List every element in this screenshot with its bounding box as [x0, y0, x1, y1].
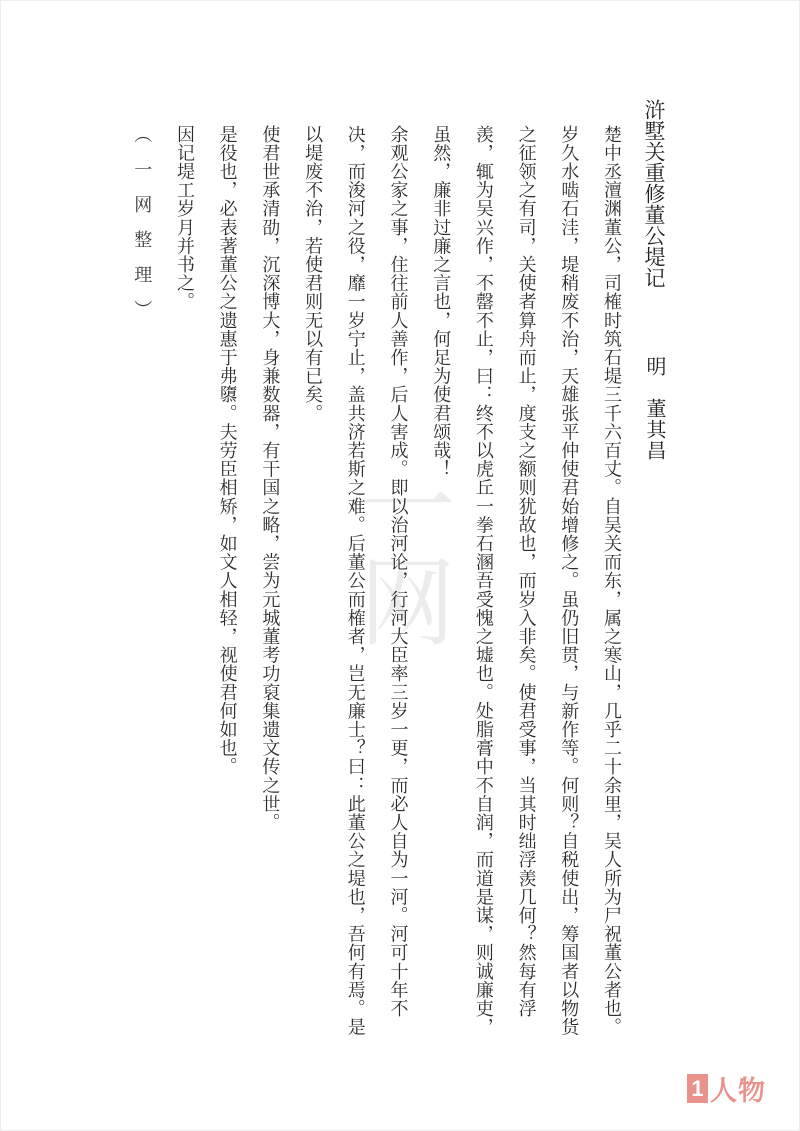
author-name: 董其昌 — [643, 398, 665, 461]
page-title: 浒墅关重修董公堤记 — [642, 99, 666, 288]
title-column: 浒墅关重修董公堤记 明 董其昌 — [639, 99, 669, 1079]
paragraph-5: 是役也，必表著董公之遗惠于弗隳。夫劳臣相矫，如文人相轻，视使君何如也。 — [206, 125, 249, 1053]
document-page: 一网 浒墅关重修董公堤记 明 董其昌 楚中丞澶渊董公，司榷时筑石堤三千六百丈。自… — [0, 0, 800, 1131]
essay-body: 楚中丞澶渊董公，司榷时筑石堤三千六百丈。自吴关而东，属之寒山，几乎二十余里，吴人… — [121, 125, 633, 1053]
paragraph-6: 因记堤工岁月并书之。 — [163, 125, 206, 1053]
paragraph-3: 余观公家之事，住往前人善作，后人害成。即以治河论，行河大臣率三岁一更，而必人自为… — [291, 125, 419, 1053]
logo-text: 人物 — [710, 1069, 766, 1108]
paragraph-4: 使君世承清劭，沉深博大，身兼数器，有干国之略，尝为元城董考功裒集遗文传之世。 — [249, 125, 292, 1053]
author-dynasty: 明 — [643, 356, 665, 376]
brand-logo: 1 人物 — [687, 1069, 766, 1108]
paragraph-2: 岁久水啮石洼，堤稍废不治，天雄张平仲使君始增修之。虽仍旧贯，与新作等。何则？自税… — [419, 125, 590, 1053]
paragraph-1: 楚中丞澶渊董公，司榷时筑石堤三千六百丈。自吴关而东，属之寒山，几乎二十余里，吴人… — [590, 125, 633, 1053]
logo-number-badge: 1 — [687, 1074, 708, 1103]
closing-note: （一网整理） — [121, 125, 164, 1053]
